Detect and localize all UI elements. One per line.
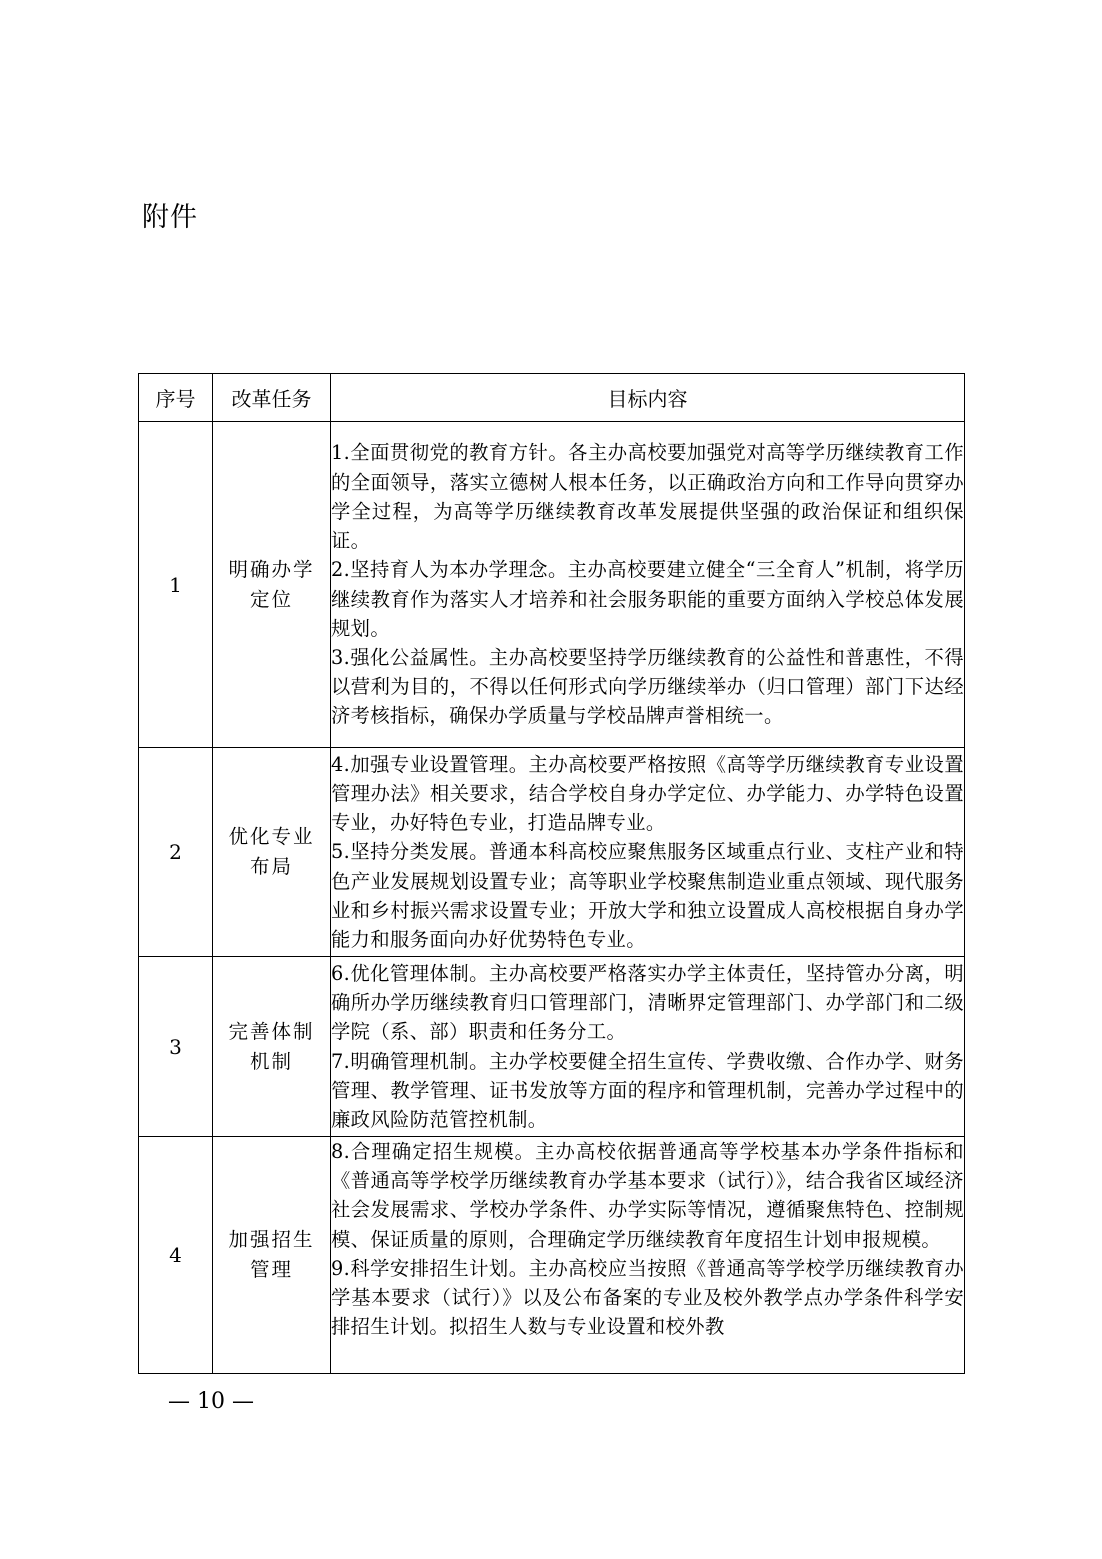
table-row: 4 加强招生 管理 8.合理确定招生规模。主办高校依据普通高等学校基本办学条件指… — [139, 1137, 965, 1374]
table-row: 2 优化专业 布局 4.加强专业设置管理。主办高校要严格按照《高等学历继续教育专… — [139, 748, 965, 957]
task-line: 管理 — [213, 1255, 330, 1285]
reform-task-table: 序号 改革任务 目标内容 1 明确办学 定位 1.全面贯彻党的教育方针。各主办高… — [138, 373, 965, 1374]
content-paragraph: 5.坚持分类发展。普通本科高校应聚焦服务区域重点行业、支柱产业和特色产业发展规划… — [331, 837, 964, 954]
attachment-label: 附件 — [142, 200, 198, 236]
row-content: 8.合理确定招生规模。主办高校依据普通高等学校基本办学条件指标和《普通高等学校学… — [331, 1137, 965, 1374]
table-row: 1 明确办学 定位 1.全面贯彻党的教育方针。各主办高校要加强党对高等学历继续教… — [139, 422, 965, 748]
task-line: 机制 — [213, 1047, 330, 1077]
task-line: 布局 — [213, 852, 330, 882]
content-paragraph: 4.加强专业设置管理。主办高校要严格按照《高等学历继续教育专业设置管理办法》相关… — [331, 750, 964, 838]
task-line: 加强招生 — [213, 1225, 330, 1255]
content-paragraph: 1.全面贯彻党的教育方针。各主办高校要加强党对高等学历继续教育工作的全面领导，落… — [331, 438, 964, 555]
content-paragraph: 8.合理确定招生规模。主办高校依据普通高等学校基本办学条件指标和《普通高等学校学… — [331, 1137, 964, 1254]
task-line: 定位 — [213, 585, 330, 615]
page-number: — 10 — — [168, 1388, 254, 1416]
row-task: 完善体制 机制 — [213, 957, 331, 1137]
row-content: 6.优化管理体制。主办高校要严格落实办学主体责任，坚持管办分离，明确所办学历继续… — [331, 957, 965, 1137]
row-content: 4.加强专业设置管理。主办高校要严格按照《高等学历继续教育专业设置管理办法》相关… — [331, 748, 965, 957]
task-line: 优化专业 — [213, 822, 330, 852]
row-index: 2 — [139, 748, 213, 957]
row-task: 明确办学 定位 — [213, 422, 331, 748]
task-line: 完善体制 — [213, 1017, 330, 1047]
header-index: 序号 — [139, 374, 213, 422]
row-index: 3 — [139, 957, 213, 1137]
row-index: 1 — [139, 422, 213, 748]
task-line: 明确办学 — [213, 555, 330, 585]
row-content: 1.全面贯彻党的教育方针。各主办高校要加强党对高等学历继续教育工作的全面领导，落… — [331, 422, 965, 748]
content-paragraph: 2.坚持育人为本办学理念。主办高校要建立健全“三全育人”机制，将学历继续教育作为… — [331, 555, 964, 643]
header-reform-task: 改革任务 — [213, 374, 331, 422]
row-task: 优化专业 布局 — [213, 748, 331, 957]
table-row: 3 完善体制 机制 6.优化管理体制。主办高校要严格落实办学主体责任，坚持管办分… — [139, 957, 965, 1137]
table-header-row: 序号 改革任务 目标内容 — [139, 374, 965, 422]
row-index: 4 — [139, 1137, 213, 1374]
content-paragraph: 7.明确管理机制。主办学校要健全招生宣传、学费收缴、合作办学、财务管理、教学管理… — [331, 1047, 964, 1135]
content-paragraph: 6.优化管理体制。主办高校要严格落实办学主体责任，坚持管办分离，明确所办学历继续… — [331, 959, 964, 1047]
header-target-content: 目标内容 — [331, 374, 965, 422]
content-paragraph: 9.科学安排招生计划。主办高校应当按照《普通高等学校学历继续教育办学基本要求（试… — [331, 1254, 964, 1342]
row-task: 加强招生 管理 — [213, 1137, 331, 1374]
content-paragraph: 3.强化公益属性。主办高校要坚持学历继续教育的公益性和普惠性，不得以营利为目的，… — [331, 643, 964, 731]
